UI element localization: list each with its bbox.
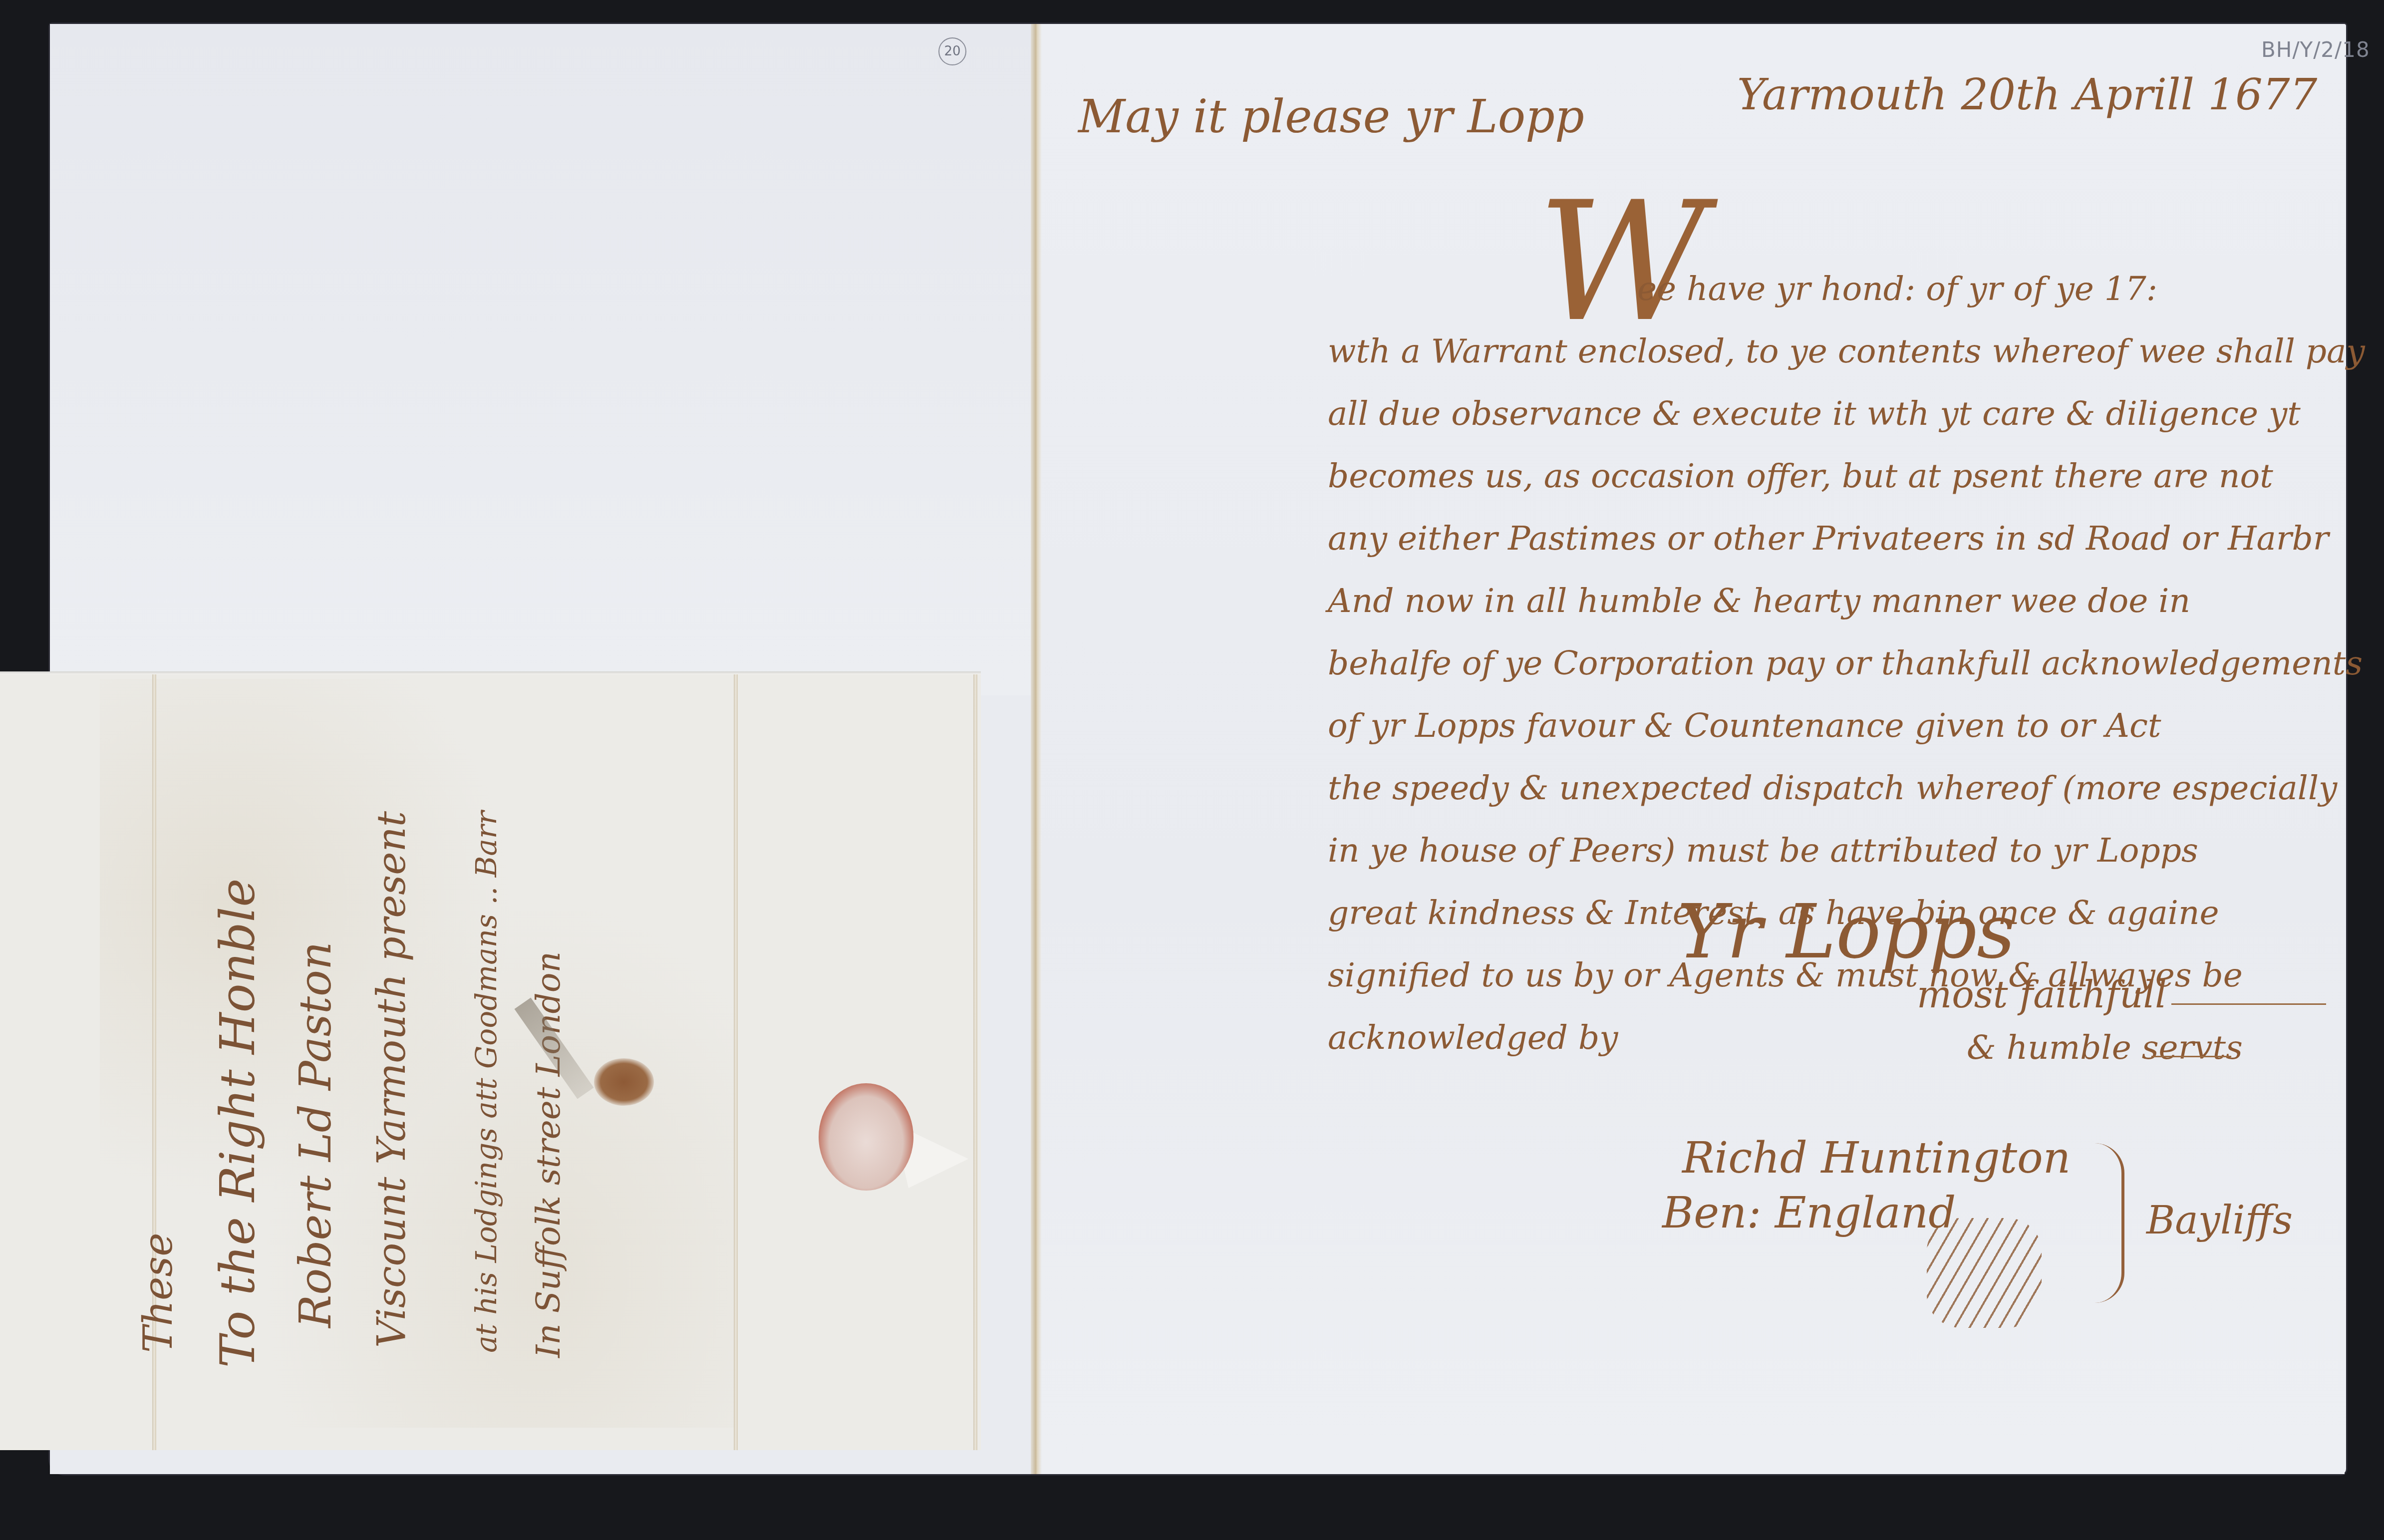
wax-seal: [819, 1083, 913, 1191]
signature-flourish: [1927, 1218, 2042, 1328]
address-line: These: [135, 1232, 181, 1353]
center-fold: [1031, 24, 1042, 1474]
letter-line: the speedy & unexpected dispatch whereof…: [1328, 769, 2337, 807]
closing-rule: [2151, 1056, 2231, 1057]
letter-line: becomes us, as occasion offer, but at ps…: [1328, 457, 2273, 495]
closing-address: Yr Lopps: [1677, 889, 2015, 975]
place-date: Yarmouth 20th Aprill 1677: [1737, 70, 2317, 120]
left-page-blank-area: [50, 24, 1031, 695]
closing-rule: [2171, 1003, 2326, 1005]
letter-line: of yr Lopps favour & Countenance given t…: [1328, 706, 2161, 745]
shelfmark: BH/Y/2/18: [2261, 37, 2370, 62]
letter-line: ee have yr hond: of yr of ye 17:: [1637, 270, 2157, 308]
drop-cap: W: [1537, 180, 1707, 344]
letter-line: all due observance & execute it wth yt c…: [1328, 394, 2301, 433]
address-line: at his Lodgings att Goodmans .. Barr: [469, 811, 503, 1353]
ink-stain: [594, 1058, 654, 1106]
letter-line: acknowledged by: [1328, 1018, 1618, 1057]
letter-line: And now in all humble & hearty manner we…: [1328, 582, 2190, 620]
closing-line: most faithfull: [1917, 973, 2167, 1016]
letter-line: any either Pastimes or other Privateers …: [1328, 519, 2329, 558]
address-fold-line: [734, 674, 738, 1450]
address-line: Viscount Yarmouth present: [369, 811, 414, 1348]
closing-line: & humble servts: [1967, 1028, 2243, 1067]
folio-number: 20: [938, 37, 966, 65]
address-fold-line: [973, 674, 977, 1450]
letter-line: in ye house of Peers) must be attributed…: [1328, 831, 2198, 870]
signature: Ben: England: [1662, 1188, 1956, 1238]
signature: Richd Huntington: [1682, 1133, 2071, 1183]
letter-line: behalfe of ye Corporation pay or thankfu…: [1328, 644, 2363, 682]
address-line: Robert Ld Paston: [290, 941, 341, 1328]
address-line: To the Right Honble: [210, 879, 266, 1368]
salutation: May it please yr Lopp: [1078, 90, 1584, 143]
signatory-title: Bayliffs: [2146, 1198, 2293, 1243]
signature-bracket: [2091, 1143, 2124, 1303]
letter-line: wth a Warrant enclosed, to ye contents w…: [1328, 332, 2365, 370]
